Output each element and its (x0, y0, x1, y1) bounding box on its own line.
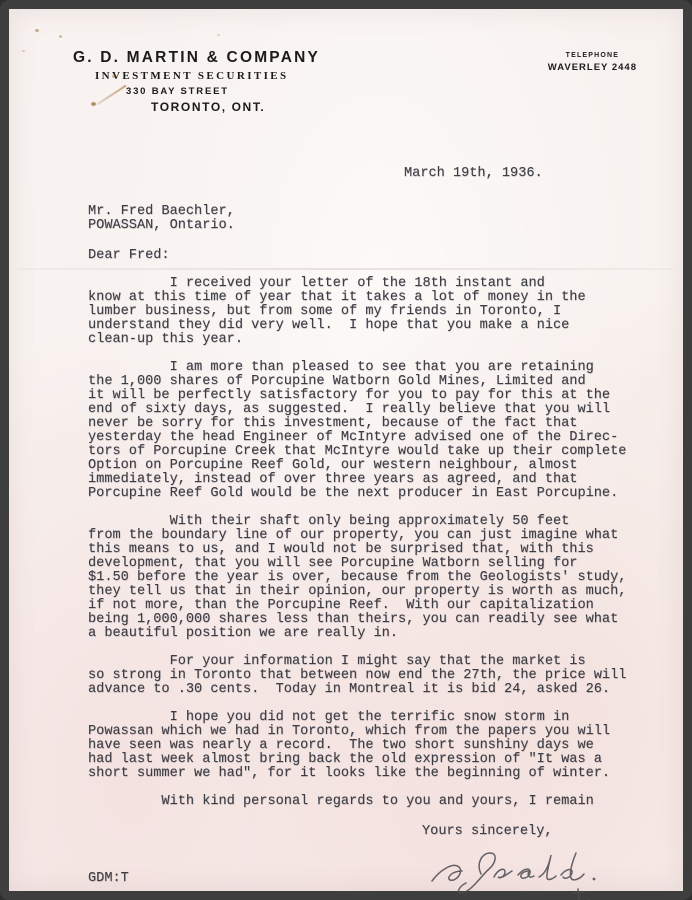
reference-initials: GDM:T (88, 871, 129, 886)
salutation: Dear Fred: (88, 249, 624, 263)
paragraph-4: For your information I might say that th… (88, 655, 624, 697)
signature-gerald (426, 841, 626, 900)
scanned-letter: G. D. MARTIN & COMPANY INVESTMENT SECURI… (0, 0, 692, 900)
paragraph-1: I received your letter of the 18th insta… (88, 277, 624, 347)
signature-image (426, 841, 626, 900)
recipient-block: Mr. Fred Baechler, POWASSAN, Ontario. (88, 205, 624, 233)
paragraph-3: With their shaft only being approximatel… (88, 515, 624, 641)
valediction: Yours sincerely, (422, 825, 624, 839)
closing-line: With kind personal regards to you and yo… (88, 795, 624, 809)
date-line: March 19th, 1936. (404, 167, 624, 181)
paragraph-2: I am more than pleased to see that you a… (88, 361, 624, 501)
letter-page: G. D. MARTIN & COMPANY INVESTMENT SECURI… (0, 0, 692, 900)
paragraph-5: I hope you did not get the terrific snow… (88, 711, 624, 781)
letter-body: March 19th, 1936. Mr. Fred Baechler, POW… (18, 18, 674, 882)
